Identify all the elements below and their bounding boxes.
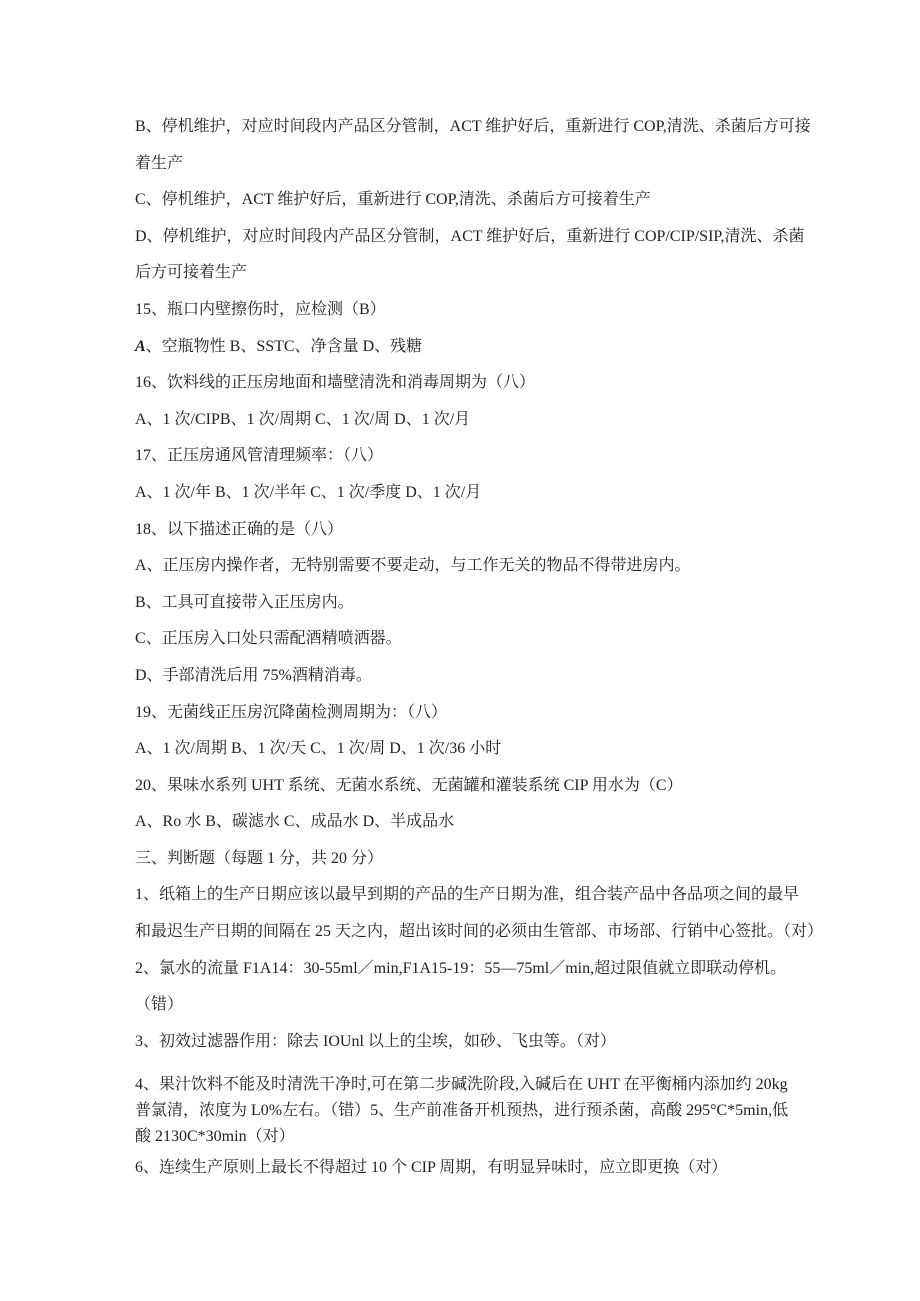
document-line: 酸 2130C*30min（对） (135, 1124, 880, 1150)
document-line: D、手部清洗后用 75%酒精消毒。 (135, 658, 880, 695)
document-line: 16、饮料线的正压房地面和墙壁清洗和消毒周期为（八） (135, 365, 880, 402)
document-line: 15、瓶口内壁擦伤时，应检测（B） (135, 292, 880, 329)
document-line: C、停机维护，ACT 维护好后，重新进行 COP,清洗、杀菌后方可接着生产 (135, 182, 880, 219)
line-text-run: 、空瓶物性 B、SSTC、净含量 D、残糖 (146, 338, 422, 355)
document-line: A、1 次/年 B、1 次/半年 C、1 次/季度 D、1 次/月 (135, 475, 880, 512)
document-line: 2、氯水的流量 F1A14：30-55ml／min,F1A15-19：55—75… (135, 951, 880, 988)
document-line: B、工具可直接带入正压房内。 (135, 585, 880, 622)
document-line: 17、正压房通风管清理频率：（八） (135, 438, 880, 475)
document-line: A、正压房内操作者，无特别需要不要走动，与工作无关的物品不得带进房内。 (135, 548, 880, 585)
document-line: 18、以下描述正确的是（八） (135, 512, 880, 549)
emphasized-option-letter: A (135, 338, 146, 355)
document-line: 4、果汁饮料不能及时清洗干净时,可在第二步碱洗阶段,入碱后在 UHT 在平衡桶内… (135, 1072, 880, 1098)
document-line: B、停机维护，对应时间段内产品区分管制，ACT 维护好后，重新进行 COP,清洗… (135, 109, 880, 146)
document-line: C、正压房入口处只需配酒精喷洒器。 (135, 621, 880, 658)
document-line: 6、连续生产原则上最长不得超过 10 个 CIP 周期，有明显异味时，应立即更换… (135, 1150, 880, 1187)
document-line: A、Ro 水 B、碳滤水 C、成品水 D、半成品水 (135, 804, 880, 841)
document-content: B、停机维护，对应时间段内产品区分管制，ACT 维护好后，重新进行 COP,清洗… (135, 109, 880, 1187)
document-line: 19、无菌线正压房沉降菌检测周期为：（八） (135, 695, 880, 732)
document-line: 着生产 (135, 146, 880, 183)
document-line: 三、判断题（每题 1 分，共 20 分） (135, 841, 880, 878)
document-line: A、空瓶物性 B、SSTC、净含量 D、残糖 (135, 329, 880, 366)
document-line: 1、纸箱上的生产日期应该以最早到期的产品的生产日期为准，组合装产品中各品项之间的… (135, 877, 880, 914)
document-line: D、停机维护，对应时间段内产品区分管制，ACT 维护好后，重新进行 COP/CI… (135, 219, 880, 256)
document-line: A、1 次/周期 B、1 次/天 C、1 次/周 D、1 次/36 小时 (135, 731, 880, 768)
document-line: （错） (135, 987, 880, 1024)
document-line: 普氯清，浓度为 L0%左右。（错）5、生产前准备开机预热，进行预杀菌，高酸 29… (135, 1098, 880, 1124)
document-line: 后方可接着生产 (135, 255, 880, 292)
document-line: 和最迟生产日期的间隔在 25 天之内，超出该时间的必须由生管部、市场部、行销中心… (135, 914, 880, 951)
document-line: 3、初效过滤器作用：除去 IOUnl 以上的尘埃，如砂、飞虫等。（对） (135, 1024, 880, 1061)
document-line: 20、果味水系列 UHT 系统、无菌水系统、无菌罐和灌装系统 CIP 用水为（C… (135, 768, 880, 805)
document-line: A、1 次/CIPB、1 次/周期 C、1 次/周 D、1 次/月 (135, 402, 880, 439)
document-page: B、停机维护，对应时间段内产品区分管制，ACT 维护好后，重新进行 COP,清洗… (0, 0, 920, 1301)
